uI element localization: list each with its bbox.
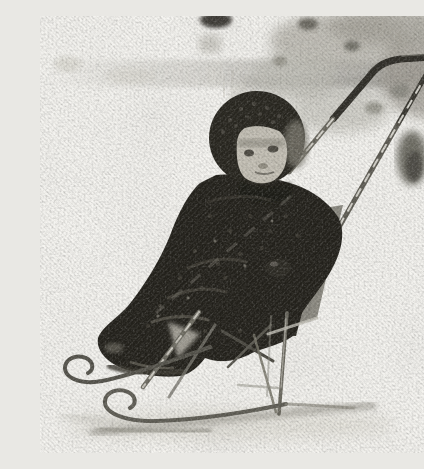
- photo-svg: [40, 16, 424, 453]
- film-grain-overlay: [40, 16, 424, 453]
- photo-frame: [40, 16, 424, 453]
